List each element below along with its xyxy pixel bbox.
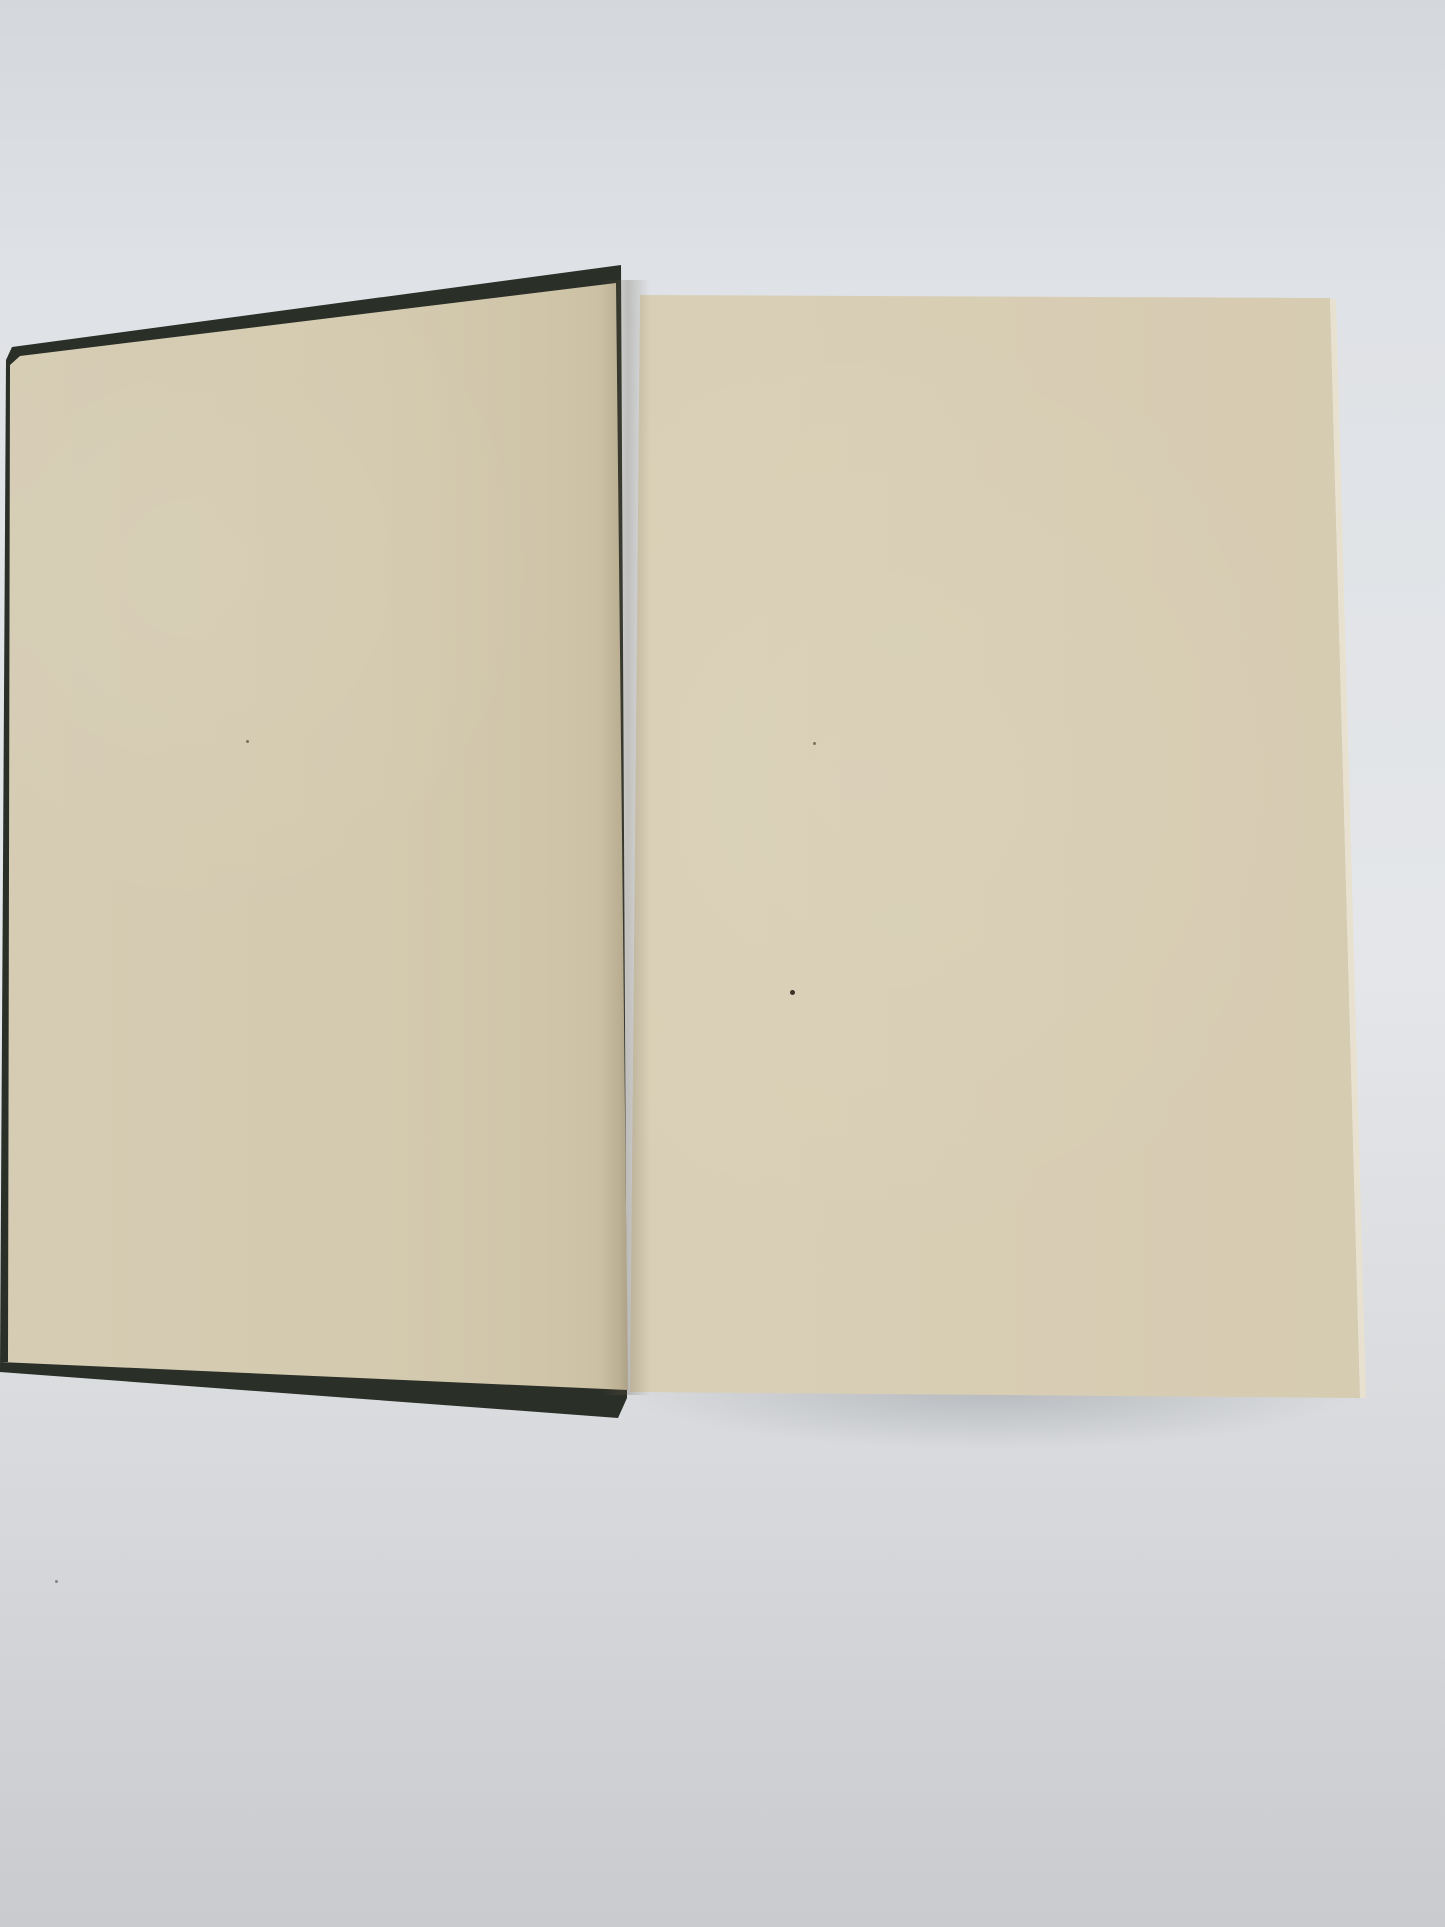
paper-speck	[813, 742, 816, 745]
paper-speck	[790, 990, 795, 995]
photo-scene	[0, 0, 1445, 1927]
paper-speck	[55, 1580, 58, 1583]
left-endpaper	[0, 0, 640, 1420]
book-gutter	[600, 280, 650, 1395]
paper-speck	[246, 740, 249, 743]
book-shadow	[620, 1390, 1360, 1450]
